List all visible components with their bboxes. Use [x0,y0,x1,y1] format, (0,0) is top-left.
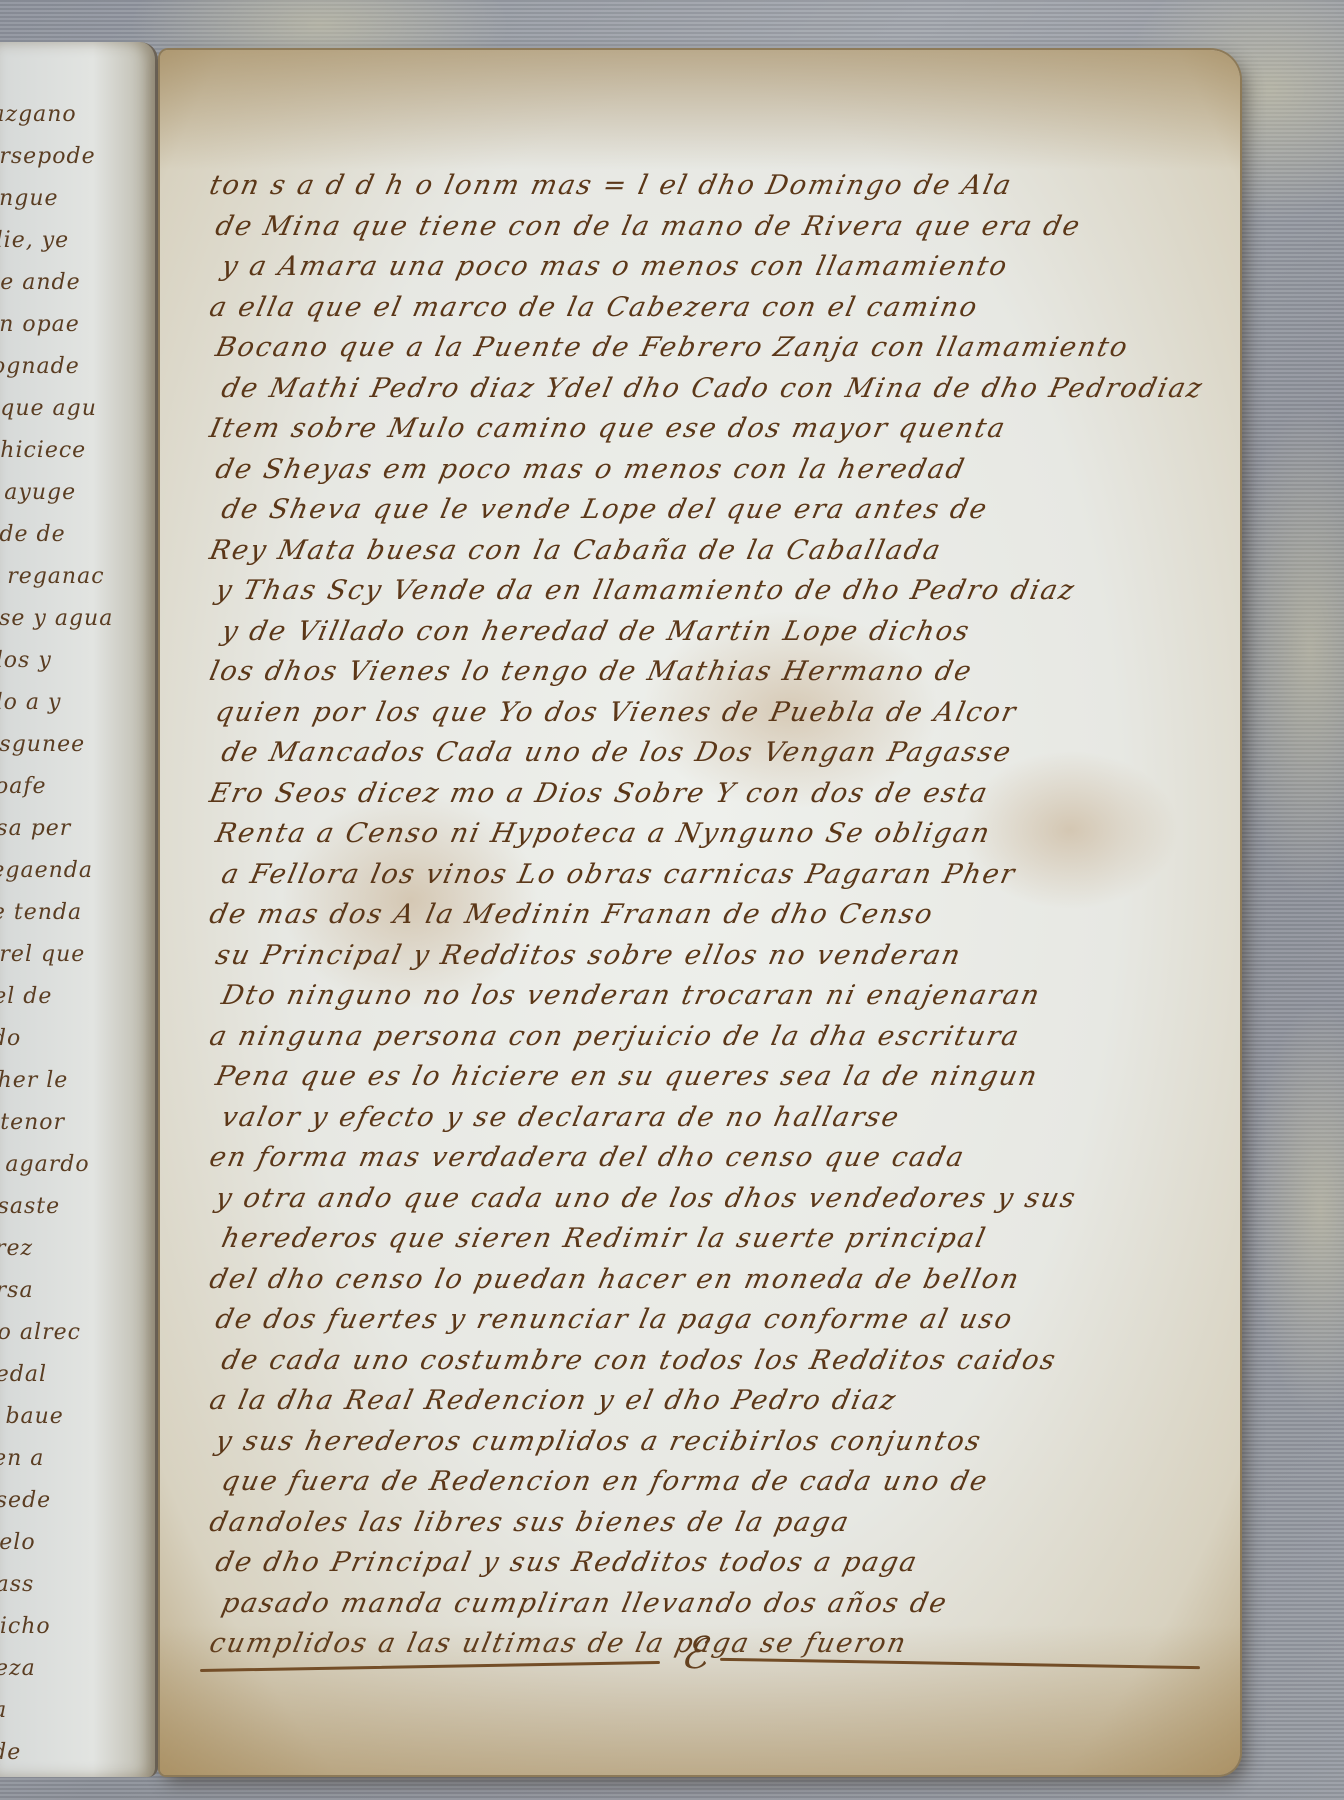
manuscript-line: Item sobre Mulo camino que ese dos mayor… [207,413,1010,444]
left-page-line: nosgunee [0,732,85,757]
manuscript-line: ton s a d d h o lonm mas = l el dho Domi… [207,170,1016,201]
left-page-line: dengue [0,186,59,211]
manuscript-line: a la dha Real Redencion y el dho Pedro d… [207,1385,900,1416]
left-page-line: sesa per [0,816,71,841]
left-page: trazganodorsepodedengueralie, yeque ande… [0,42,158,1777]
left-page-line: nen opae [0,312,80,337]
manuscript-line: de Sheyas em poco mas o menos con la her… [213,454,969,485]
manuscript-line: que fuera de Redencion en forma de cada … [219,1466,992,1497]
left-page-line: dorsepode [0,144,96,169]
closing-rule [720,1658,1200,1669]
left-page-line: orlos y [0,648,52,673]
manuscript-line: de Mina que tiene con de la mano de Rive… [213,211,1085,242]
manuscript-line: de Sheva que le vende Lope del que era a… [219,494,991,525]
left-page-line: tneza [0,1656,36,1681]
manuscript-line: su Principal y Redditos sobre ellos no v… [213,940,965,971]
left-page-line: dese y agua [0,606,113,631]
manuscript-line: de Mancados Cada uno de los Dos Vengan P… [219,737,1015,768]
manuscript-line: y Thas Scy Vende da en llamamiento de dh… [213,575,1079,606]
left-page-line: elognade [0,354,80,379]
left-page-line: raass [0,1572,34,1597]
left-page-line: ca agardo [0,1152,90,1177]
left-page-line: rarsa [0,1278,34,1303]
manuscript-page: ℰ ton s a d d h o lonm mas = l el dho Do… [160,50,1240,1775]
manuscript-line: de cada uno costumbre con todos los Redd… [219,1345,1060,1376]
left-page-line: mlicho [0,1614,51,1639]
left-page-line: anelo [0,1530,36,1555]
left-page-line: cosaste [0,1194,60,1219]
left-page-line: lade [0,1740,21,1765]
left-page-line: tregaenda [0,858,93,883]
left-page-line: oredal [0,1362,47,1387]
manuscript-line: de dho Principal y sus Redditos todos a … [213,1547,922,1578]
manuscript-line: a ninguna persona con perjuicio de la dh… [207,1021,1024,1052]
fabric-motif [1250,1000,1344,1420]
left-page-line: ye baue [0,1404,64,1429]
manuscript-line: y otra ando que cada uno de los dhos ven… [213,1183,1080,1214]
left-page-line: ocher le [0,1068,68,1093]
manuscript-line: y a Amara una poco mas o menos con llama… [219,251,1012,282]
left-page-line: lo tenor [0,1110,65,1135]
manuscript-line: dandoles las libres sus bienes de la pag… [207,1507,853,1538]
fabric-motif [1230,400,1344,900]
left-page-line: norel que [0,942,85,967]
left-page-line: mdo [0,1026,21,1051]
manuscript-line: Dto ninguno no los venderan trocaran ni … [219,980,1044,1011]
manuscript-line: pasado manda cumpliran llevando dos años… [219,1588,951,1619]
manuscript-line: valor y efecto y se declarara de no hall… [219,1102,904,1133]
manuscript-line: Bocano que a la Puente de Febrero Zanja … [213,332,1132,363]
manuscript-line: de dos fuertes y renunciar la paga confo… [213,1304,1017,1335]
manuscript-line: de Mathi Pedro diaz Ydel dho Cado con Mi… [219,373,1207,404]
left-page-line: onde de [0,522,66,547]
left-page-line: bien a [0,1446,44,1471]
manuscript-line: cumplidos a las ultimas de la paga se fu… [207,1628,911,1659]
left-page-line: fael de [0,984,52,1009]
left-page-line: se ayuge [0,480,76,505]
manuscript-line: y sus herederos cumplidos a recibirlos c… [213,1426,985,1457]
manuscript-line: a ella que el marco de la Cabezera con e… [207,292,982,323]
manuscript-line: herederos que sieren Redimir la suerte p… [219,1223,990,1254]
manuscript-line: del dho censo lo puedan hacer en moneda … [207,1264,1023,1295]
left-page-line: lo hiciece [0,438,86,463]
left-page-line: ralie, ye [0,228,69,253]
manuscript-line: Ero Seos dicez mo a Dios Sobre Y con dos… [207,778,992,809]
closing-rule [200,1661,660,1672]
left-page-line: lo que agu [0,396,97,421]
left-page-line: me tenda [0,900,82,925]
left-page-line: que ande [0,270,81,295]
closing-flourish: ℰ [680,1628,707,1679]
manuscript-line: Rey Mata buesa con la Cabaña de la Cabal… [207,535,945,566]
manuscript-line: en forma mas verdadera del dho censo que… [207,1142,968,1173]
left-page-line: da reganac [0,564,105,589]
left-page-line: ovo alrec [0,1320,81,1345]
manuscript-line: Pena que es lo hiciere en su queres sea … [213,1061,1042,1092]
manuscript-line: de mas dos A la Medinin Franan de dho Ce… [207,899,937,930]
left-page-line: trazgano [0,102,77,127]
manuscript-line: Renta a Censo ni Hypoteca a Nynguno Se o… [213,818,994,849]
left-page-line: ntoafe [0,774,47,799]
left-page-line: orsede [0,1488,51,1513]
manuscript-line: a Fellora los vinos Lo obras carnicas Pa… [219,859,1019,890]
left-page-line: ida [0,1698,7,1723]
manuscript-line: quien por los que Yo dos Vienes de Puebl… [213,697,1020,728]
manuscript-line: los dhos Vienes lo tengo de Mathias Herm… [207,656,976,687]
left-page-line: ntrez [0,1236,33,1261]
left-page-line: arlo a y [0,690,61,715]
manuscript-line: y de Villado con heredad de Martin Lope … [219,616,974,647]
